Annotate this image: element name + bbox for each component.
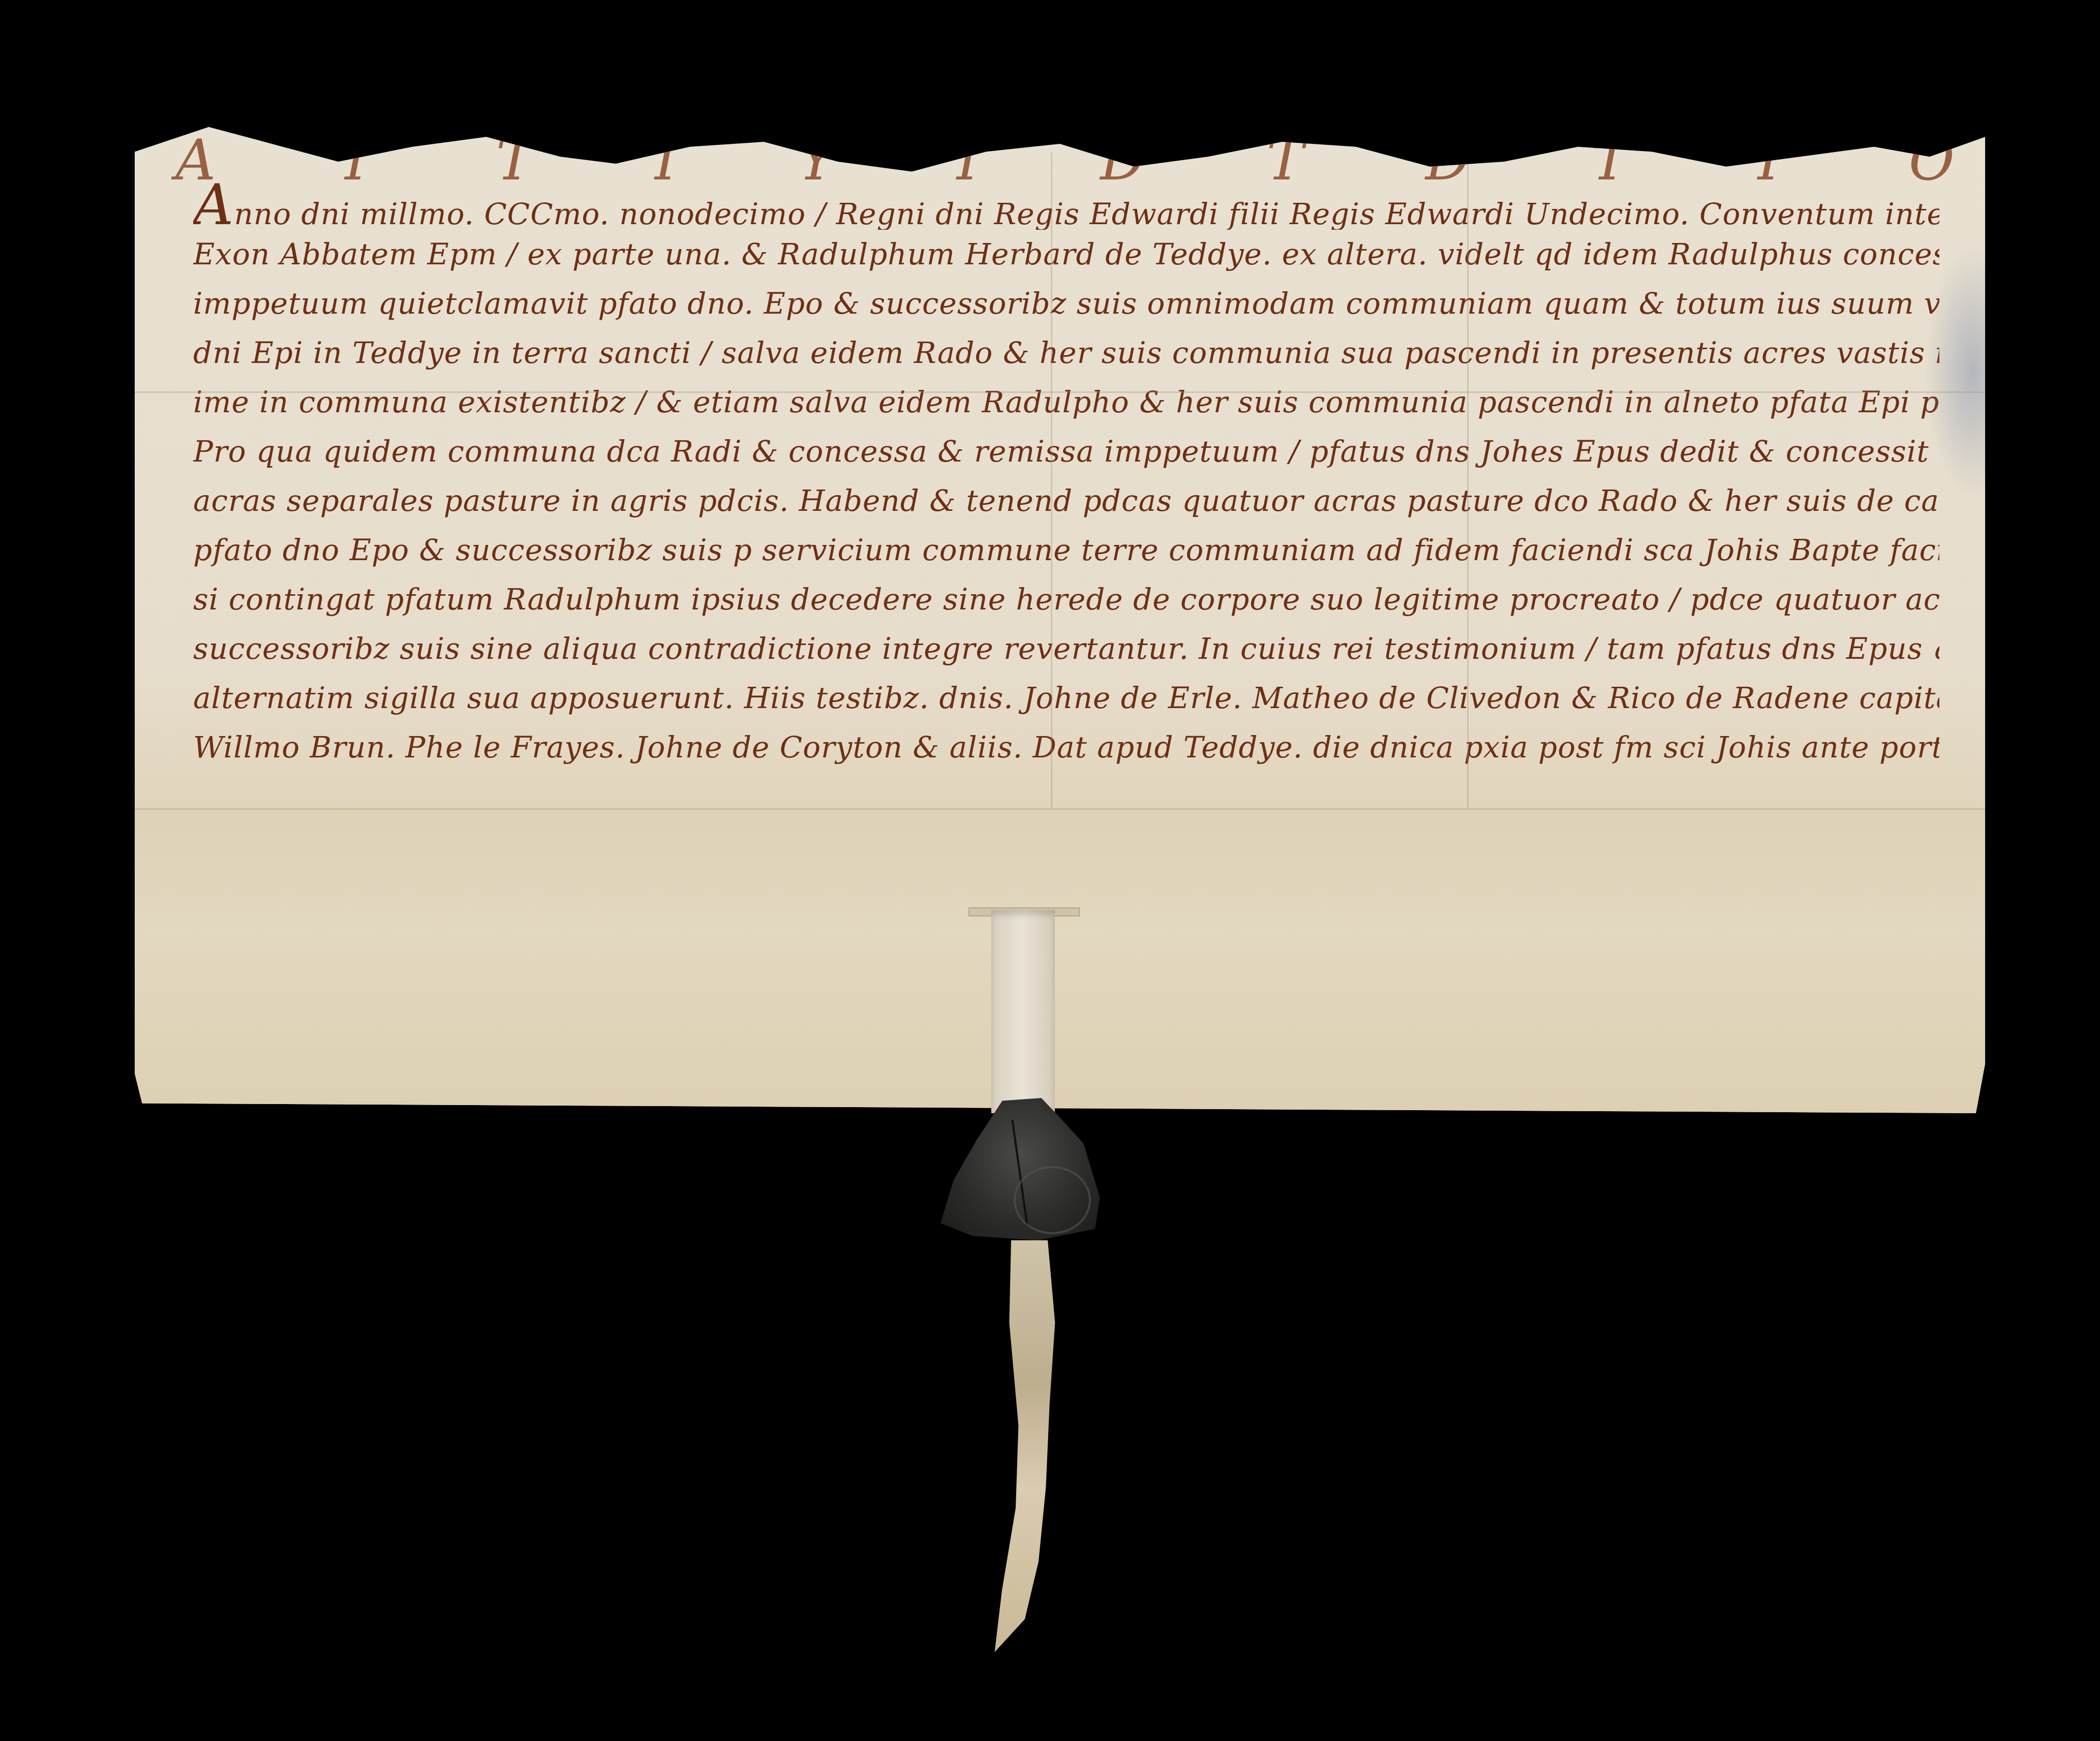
text-line: si contingat pfatum Radulphum ipsius dec…: [193, 575, 1939, 624]
ascender-letter: D: [1425, 132, 1470, 188]
wax-seal: [940, 1098, 1103, 1240]
fold-crease-horizontal: [135, 391, 1985, 393]
plica-turnup: [135, 808, 1985, 1113]
black-background: A T T I Y I D T D T Y O Anno dni millmo.…: [0, 0, 2100, 1741]
ascender-letter: I: [957, 132, 979, 188]
text-line: imppetuum quietclamavit pfato dno. Epo &…: [193, 279, 1939, 328]
ascender-letter: T: [337, 132, 374, 188]
text-line: acras separales pasture in agris pdcis. …: [193, 476, 1939, 526]
text-line: Exon Abbatem Epm / ex parte una. & Radul…: [193, 230, 1939, 279]
text-line: successoribz suis sine aliqua contradict…: [193, 624, 1939, 674]
parchment-charter: A T T I Y I D T D T Y O Anno dni millmo.…: [135, 122, 1985, 1113]
text-line: ime in communa existentibz / & etiam sal…: [193, 378, 1939, 427]
parchment-seal-tag: [991, 910, 1055, 1113]
chirograph-ascender-letters: A T T I Y I D T D T Y O: [175, 132, 1955, 188]
text-line: alternatim sigilla sua apposuerunt. Hiis…: [193, 674, 1939, 723]
seal-tag-tail: [984, 1240, 1075, 1652]
text-line: Anno dni millmo. CCCmo. nonodecimo / Reg…: [193, 180, 1939, 230]
text-line: Pro qua quidem communa dca Radi & conces…: [193, 427, 1939, 476]
ascender-letter: T: [496, 132, 533, 188]
ascender-letter: T: [1592, 132, 1629, 188]
ascender-letter: T: [1266, 132, 1303, 188]
seal-impression-ring: [1014, 1166, 1091, 1234]
ascender-letter: D: [1100, 132, 1145, 188]
blue-stain: [1924, 244, 1985, 498]
ascender-letter: Y: [1750, 132, 1787, 188]
text-line: Willmo Brun. Phe le Frayes. Johne de Cor…: [193, 723, 1939, 772]
text-line: pfato dno Epo & successoribz suis p serv…: [193, 526, 1939, 575]
ascender-letter: Y: [798, 132, 835, 188]
text-line: dni Epi in Teddye in terra sancti / salv…: [193, 328, 1939, 378]
ascender-letter: I: [655, 132, 677, 188]
ascender-letter: O: [1909, 132, 1955, 188]
ascender-letter: A: [175, 132, 216, 188]
charter-text: Anno dni millmo. CCCmo. nonodecimo / Reg…: [193, 180, 1939, 772]
